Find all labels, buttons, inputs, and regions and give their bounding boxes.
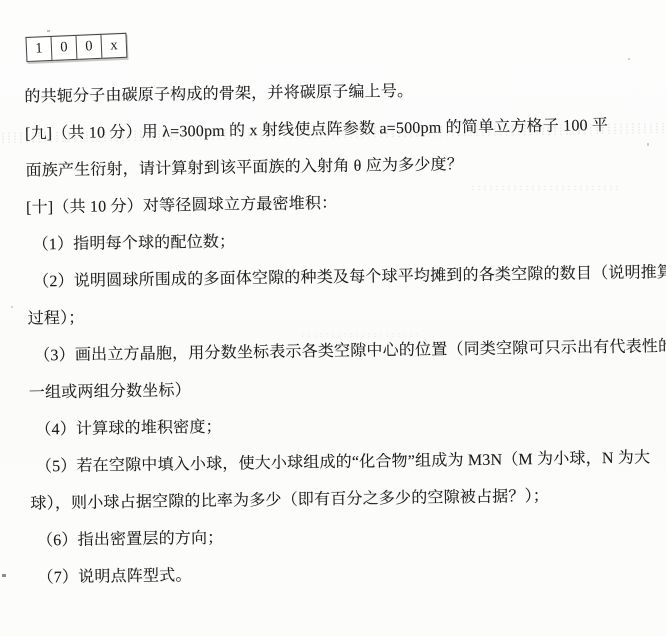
answer-grid-cell: x: [101, 34, 126, 58]
scan-speck: [628, 58, 630, 60]
document-body: 的共轭分子由碳原子构成的骨架，并将碳原子编上号。 [九]（共 10 分）用 λ=…: [24, 69, 664, 596]
scan-speck: [11, 306, 13, 308]
answer-grid-cell: 0: [76, 35, 102, 59]
scan-speck: [47, 30, 50, 32]
scan-speck: [2, 574, 6, 577]
answer-grid: 1 0 0 x: [25, 33, 127, 62]
answer-grid-cell: 0: [51, 36, 77, 60]
scanned-document-page: 1 0 0 x 的共轭分子由碳原子构成的骨架，并将碳原子编上号。 [九]（共 1…: [0, 0, 666, 636]
answer-grid-cell: 1: [27, 37, 53, 61]
